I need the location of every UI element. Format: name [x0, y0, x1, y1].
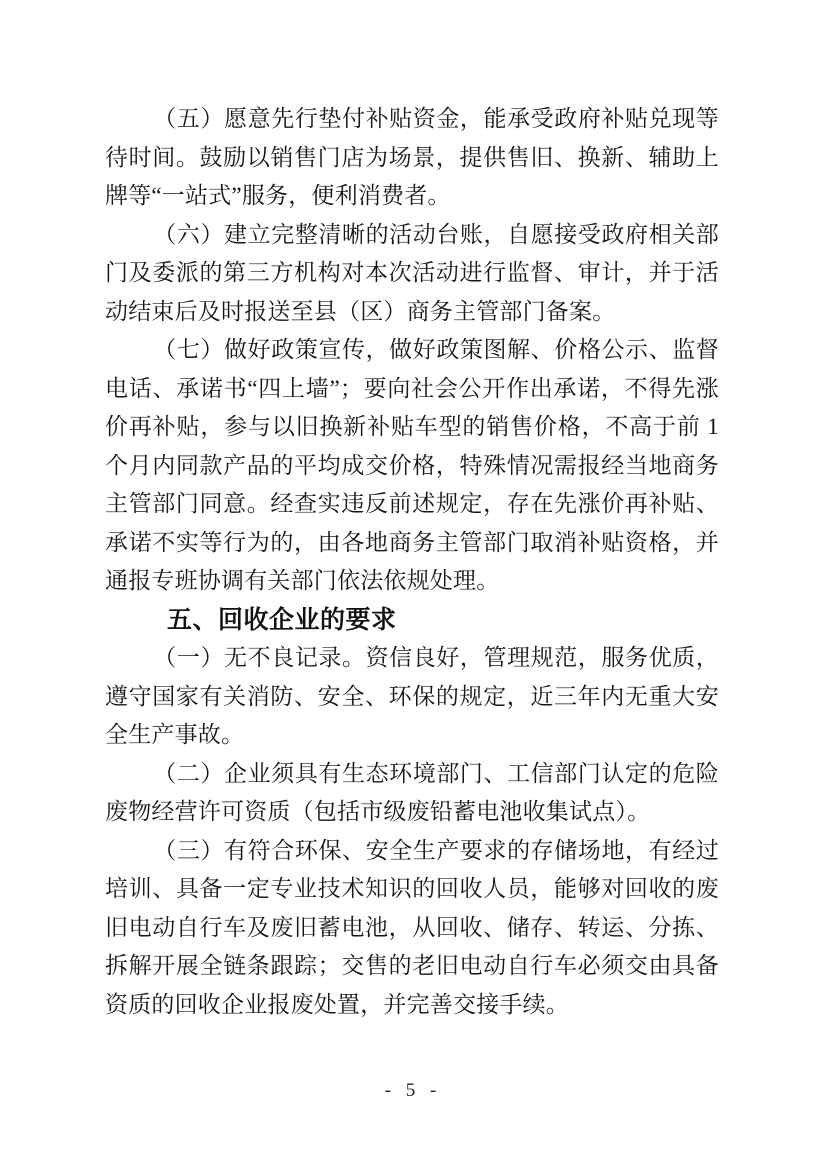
page-footer: - 5 - — [0, 1080, 826, 1102]
document-page: （五）愿意先行垫付补贴资金，能承受政府补贴兑现等待时间。鼓励以销售门店为场景，提… — [0, 0, 826, 1169]
paragraph-item-2: （二）企业须具有生态环境部门、工信部门认定的危险废物经营许可资质（包括市级废铅蓄… — [105, 755, 719, 832]
paragraph-item-6: （六）建立完整清晰的活动台账，自愿接受政府相关部门及委派的第三方机构对本次活动进… — [105, 216, 719, 332]
section-heading: 五、回收企业的要求 — [105, 601, 719, 640]
page-number: - 5 - — [385, 1080, 442, 1101]
paragraph-item-3: （三）有符合环保、安全生产要求的存储场地，有经过培训、具备一定专业技术知识的回收… — [105, 832, 719, 1025]
paragraph-item-7: （七）做好政策宣传，做好政策图解、价格公示、监督电话、承诺书“四上墙”；要向社会… — [105, 331, 719, 601]
document-body: （五）愿意先行垫付补贴资金，能承受政府补贴兑现等待时间。鼓励以销售门店为场景，提… — [105, 100, 719, 1024]
paragraph-item-5: （五）愿意先行垫付补贴资金，能承受政府补贴兑现等待时间。鼓励以销售门店为场景，提… — [105, 100, 719, 216]
paragraph-item-1: （一）无不良记录。资信良好，管理规范，服务优质，遵守国家有关消防、安全、环保的规… — [105, 639, 719, 755]
